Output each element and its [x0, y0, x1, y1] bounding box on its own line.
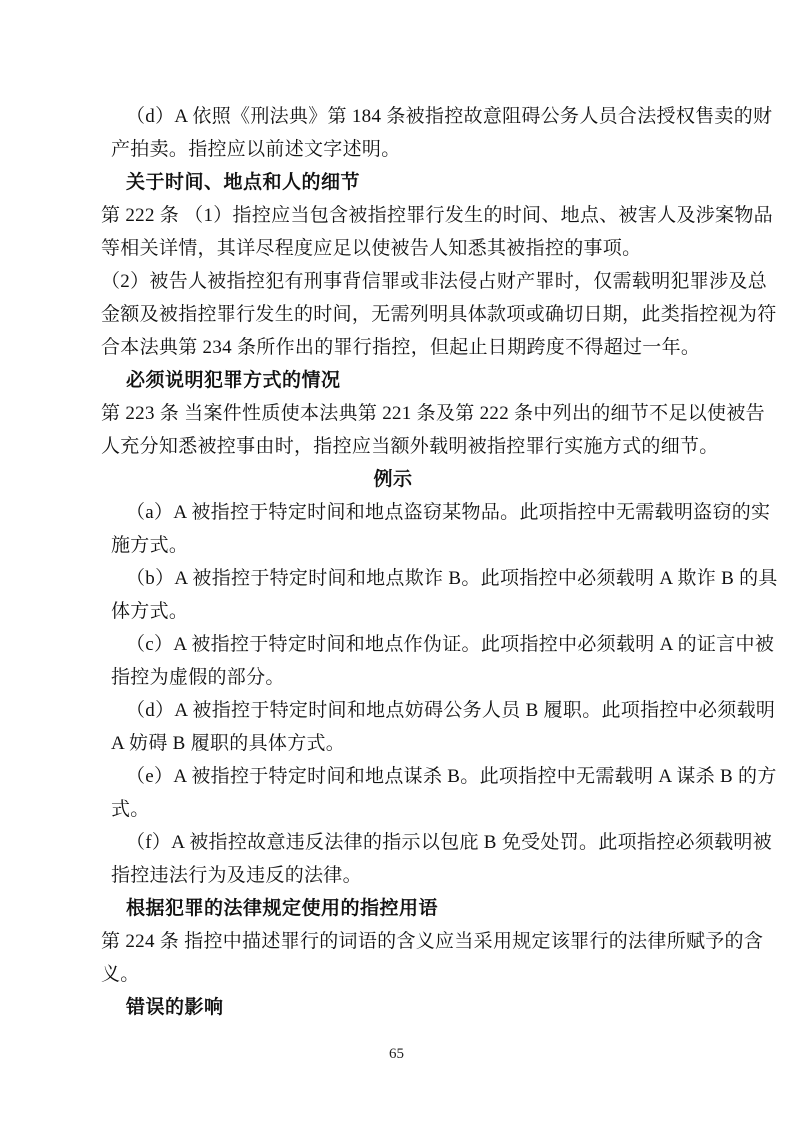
text-line: 人充分知悉被控事由时，指控应当额外载明被指控罪行实施方式的细节。 [101, 430, 685, 463]
paragraph: （d）A 依照《刑法典》第 184 条被指控故意阻碍公务人员合法授权售卖的财产拍… [101, 100, 685, 166]
text-line: 义。 [101, 958, 685, 991]
paragraph: （b）A 被指控于特定时间和地点欺诈 B。此项指控中必须载明 A 欺诈 B 的具… [101, 562, 685, 628]
section-heading: 错误的影响 [101, 991, 685, 1024]
section-heading: 例示 [101, 463, 685, 496]
section-heading: 根据犯罪的法律规定使用的指控用语 [101, 892, 685, 925]
section-heading: 关于时间、地点和人的细节 [101, 166, 685, 199]
text-line: 式。 [101, 793, 685, 826]
text-line: 指控为虚假的部分。 [101, 661, 685, 694]
text-line: 第 223 条 当案件性质使本法典第 221 条及第 222 条中列出的细节不足… [101, 397, 685, 430]
text-line: （d）A 被指控于特定时间和地点妨碍公务人员 B 履职。此项指控中必须载明 [101, 694, 685, 727]
section-heading: 必须说明犯罪方式的情况 [101, 364, 685, 397]
paragraph: （f）A 被指控故意违反法律的指示以包庇 B 免受处罚。此项指控必须载明被指控违… [101, 826, 685, 892]
text-line: 体方式。 [101, 595, 685, 628]
page-number: 65 [389, 1046, 404, 1062]
paragraph: （e）A 被指控于特定时间和地点谋杀 B。此项指控中无需载明 A 谋杀 B 的方… [101, 760, 685, 826]
text-line: 第 224 条 指控中描述罪行的词语的含义应当采用规定该罪行的法律所赋予的含 [101, 925, 685, 958]
paragraph: 第 224 条 指控中描述罪行的词语的含义应当采用规定该罪行的法律所赋予的含义。 [101, 925, 685, 991]
document-page-body: （d）A 依照《刑法典》第 184 条被指控故意阻碍公务人员合法授权售卖的财产拍… [101, 100, 685, 1024]
text-line: A 妨碍 B 履职的具体方式。 [101, 727, 685, 760]
paragraph: （2）被告人被指控犯有刑事背信罪或非法侵占财产罪时，仅需载明犯罪涉及总金额及被指… [101, 265, 685, 364]
paragraph: 第 223 条 当案件性质使本法典第 221 条及第 222 条中列出的细节不足… [101, 397, 685, 463]
paragraph: （a）A 被指控于特定时间和地点盗窃某物品。此项指控中无需载明盗窃的实施方式。 [101, 496, 685, 562]
text-line: 施方式。 [101, 529, 685, 562]
text-line: 指控违法行为及违反的法律。 [101, 859, 685, 892]
text-line: （e）A 被指控于特定时间和地点谋杀 B。此项指控中无需载明 A 谋杀 B 的方 [101, 760, 685, 793]
paragraph: 第 222 条 （1）指控应当包含被指控罪行发生的时间、地点、被害人及涉案物品等… [101, 199, 685, 265]
text-line: 第 222 条 （1）指控应当包含被指控罪行发生的时间、地点、被害人及涉案物品 [101, 199, 685, 232]
text-line: 金额及被指控罪行发生的时间，无需列明具体款项或确切日期，此类指控视为符 [101, 298, 685, 331]
text-line: （b）A 被指控于特定时间和地点欺诈 B。此项指控中必须载明 A 欺诈 B 的具 [101, 562, 685, 595]
text-line: （2）被告人被指控犯有刑事背信罪或非法侵占财产罪时，仅需载明犯罪涉及总 [101, 265, 685, 298]
text-line: （c）A 被指控于特定时间和地点作伪证。此项指控中必须载明 A 的证言中被 [101, 628, 685, 661]
page-footer: 65 [0, 1044, 793, 1064]
text-line: 产拍卖。指控应以前述文字述明。 [101, 133, 685, 166]
text-line: （d）A 依照《刑法典》第 184 条被指控故意阻碍公务人员合法授权售卖的财 [101, 100, 685, 133]
text-line: 合本法典第 234 条所作出的罪行指控，但起止日期跨度不得超过一年。 [101, 331, 685, 364]
text-line: （f）A 被指控故意违反法律的指示以包庇 B 免受处罚。此项指控必须载明被 [101, 826, 685, 859]
text-line: 等相关详情，其详尽程度应足以使被告人知悉其被指控的事项。 [101, 232, 685, 265]
text-line: （a）A 被指控于特定时间和地点盗窃某物品。此项指控中无需载明盗窃的实 [101, 496, 685, 529]
paragraph: （d）A 被指控于特定时间和地点妨碍公务人员 B 履职。此项指控中必须载明A 妨… [101, 694, 685, 760]
paragraph: （c）A 被指控于特定时间和地点作伪证。此项指控中必须载明 A 的证言中被指控为… [101, 628, 685, 694]
